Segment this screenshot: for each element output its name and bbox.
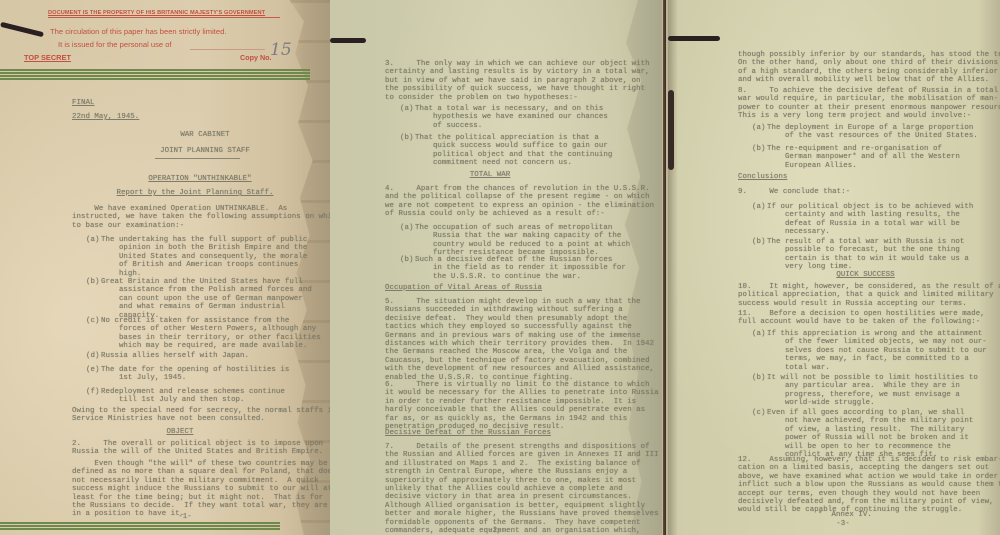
operation-title: OPERATION "UNTHINKABLE" bbox=[140, 175, 260, 183]
assumption-label: (c) bbox=[86, 317, 99, 325]
consideration-text: If this appreciation is wrong and the at… bbox=[767, 330, 987, 372]
paragraph-7-continued: though possibly inferior by our standard… bbox=[738, 51, 1000, 85]
page-number: -3- bbox=[828, 520, 858, 528]
assumption-text: Great Britain and the United States have… bbox=[101, 278, 312, 320]
report-line: Report by the Joint Planning Staff. bbox=[110, 189, 280, 197]
rule bbox=[155, 158, 240, 159]
assumption-label: (d) bbox=[86, 352, 99, 360]
subheading-decisive-defeat: Decisive Defeat of the Russian Forces bbox=[385, 429, 551, 437]
classification-label: TOP SECRET bbox=[24, 53, 71, 62]
paragraph-7: 7. Details of the present strengths and … bbox=[385, 443, 659, 535]
document-page-3: though possibly inferior by our standard… bbox=[668, 0, 1000, 535]
elimination-label: (b) bbox=[400, 256, 413, 264]
assumption-label: (a) bbox=[86, 236, 99, 244]
paragraph-3: 3. The only way in which we can achieve … bbox=[385, 60, 650, 102]
copy-number-label: Copy No. bbox=[240, 53, 272, 62]
binder-clip bbox=[668, 90, 674, 170]
conclusion-text: If our political object is to be achieve… bbox=[767, 203, 973, 237]
conclusion-text: The result of a total war with Russia is… bbox=[767, 238, 969, 272]
org-line-1: WAR CABINET bbox=[150, 131, 260, 139]
consideration-text: Even if all goes according to plan, we s… bbox=[767, 409, 973, 459]
paragraph-11: 11. Before a decision to open hostilitie… bbox=[738, 310, 985, 327]
doc-ref: FINAL bbox=[72, 99, 94, 107]
consideration-text: It will not be possible to limit hostili… bbox=[767, 374, 978, 408]
paragraph-8: 8. To achieve the decisive defeat of Rus… bbox=[738, 87, 1000, 121]
page-shadow bbox=[668, 0, 678, 535]
paragraph-10: 10. It might, however, be considered, as… bbox=[738, 283, 1000, 308]
subheading-quick-success: QUICK SUCCESS bbox=[828, 271, 903, 279]
paragraph-2: 2. The overall or political object is to… bbox=[72, 440, 323, 457]
paragraph-4: 4. Apart from the chances of revolution … bbox=[385, 185, 654, 219]
paragraph-2-continued: Even though "the will" of these two coun… bbox=[72, 460, 330, 519]
assumption-text: Redeployment and release schemes continu… bbox=[101, 388, 285, 405]
document-page-2: 3. The only way in which we can achieve … bbox=[330, 0, 668, 535]
binder-spine bbox=[663, 0, 666, 535]
binder-string bbox=[330, 38, 366, 43]
document-page-1: DOCUMENT IS THE PROPERTY OF HIS BRITANNI… bbox=[0, 0, 330, 535]
conclusion-label: (a) bbox=[752, 203, 765, 211]
page-number: -1- bbox=[170, 513, 200, 521]
hypothesis-text: That the political appreciation is that … bbox=[415, 134, 612, 168]
consideration-label: (c) bbox=[752, 409, 765, 417]
org-line-2: JOINT PLANNING STAFF bbox=[140, 147, 270, 155]
conclusion-label: (b) bbox=[752, 238, 765, 246]
assumption-text: No credit is taken for assistance from t… bbox=[101, 317, 321, 351]
section-heading-conclusions: Conclusions bbox=[738, 173, 787, 181]
assumption-text: Russia allies herself with Japan. bbox=[101, 352, 249, 360]
subheading-vital-areas: Occupation of Vital Areas of Russia bbox=[385, 284, 542, 292]
consideration-label: (b) bbox=[752, 374, 765, 382]
assumption-text: The undertaking has the full support of … bbox=[101, 236, 307, 278]
consideration-label: (a) bbox=[752, 330, 765, 338]
paragraph-5: 5. The situation might develop in such a… bbox=[385, 298, 654, 382]
paragraph-9: 9. We conclude that:- bbox=[738, 188, 850, 196]
elimination-text: Such a decisive defeat of the Russian fo… bbox=[415, 256, 626, 281]
paragraph-12: 12. Assuming, however, that it is decide… bbox=[738, 456, 1000, 515]
copy-number-handwritten: 15 bbox=[270, 40, 292, 60]
hypothesis-text: That a total war is necessary, and on th… bbox=[415, 105, 608, 130]
section-heading-total-war: TOTAL WAR bbox=[450, 171, 530, 179]
footnote: * Annex IV. bbox=[818, 511, 872, 519]
assumption-label: (b) bbox=[86, 278, 99, 286]
involve-text: The re-equipment and re-organisation of … bbox=[767, 145, 960, 170]
green-header-bands bbox=[0, 69, 310, 83]
assumption-text: The date for the opening of hostilities … bbox=[101, 366, 289, 383]
involve-label: (b) bbox=[752, 145, 765, 153]
circulation-notice: The circulation of this paper has been s… bbox=[50, 27, 226, 36]
green-footer-bands bbox=[0, 522, 280, 535]
hypothesis-label: (a) bbox=[400, 105, 413, 113]
involve-label: (a) bbox=[752, 124, 765, 132]
hypothesis-label: (b) bbox=[400, 134, 413, 142]
involve-text: The deployment in Europe of a large prop… bbox=[767, 124, 978, 141]
binder-string bbox=[668, 36, 720, 41]
property-notice: DOCUMENT IS THE PROPERTY OF HIS BRITANNI… bbox=[48, 10, 265, 16]
assumption-label: (e) bbox=[86, 366, 99, 374]
assumption-label: (f) bbox=[86, 388, 99, 396]
issued-notice: It is issued for the personal use of bbox=[58, 40, 172, 49]
section-heading-object: OBJECT bbox=[150, 428, 210, 436]
paragraph-6: 6. There is virtually no limit to the di… bbox=[385, 381, 659, 431]
intro-paragraph: We have examined Operation UNTHINKABLE. … bbox=[72, 205, 330, 230]
header-underline bbox=[48, 17, 280, 18]
page-number: -2- bbox=[480, 527, 510, 535]
doc-date: 22nd May, 1945. bbox=[72, 113, 139, 121]
elimination-text: The occupation of such areas of metropol… bbox=[415, 224, 630, 258]
secrecy-note: Owing to the special need for secrecy, t… bbox=[72, 407, 330, 424]
elimination-label: (a) bbox=[400, 224, 413, 232]
binder-string bbox=[0, 22, 44, 37]
personal-use-blank bbox=[190, 49, 265, 50]
